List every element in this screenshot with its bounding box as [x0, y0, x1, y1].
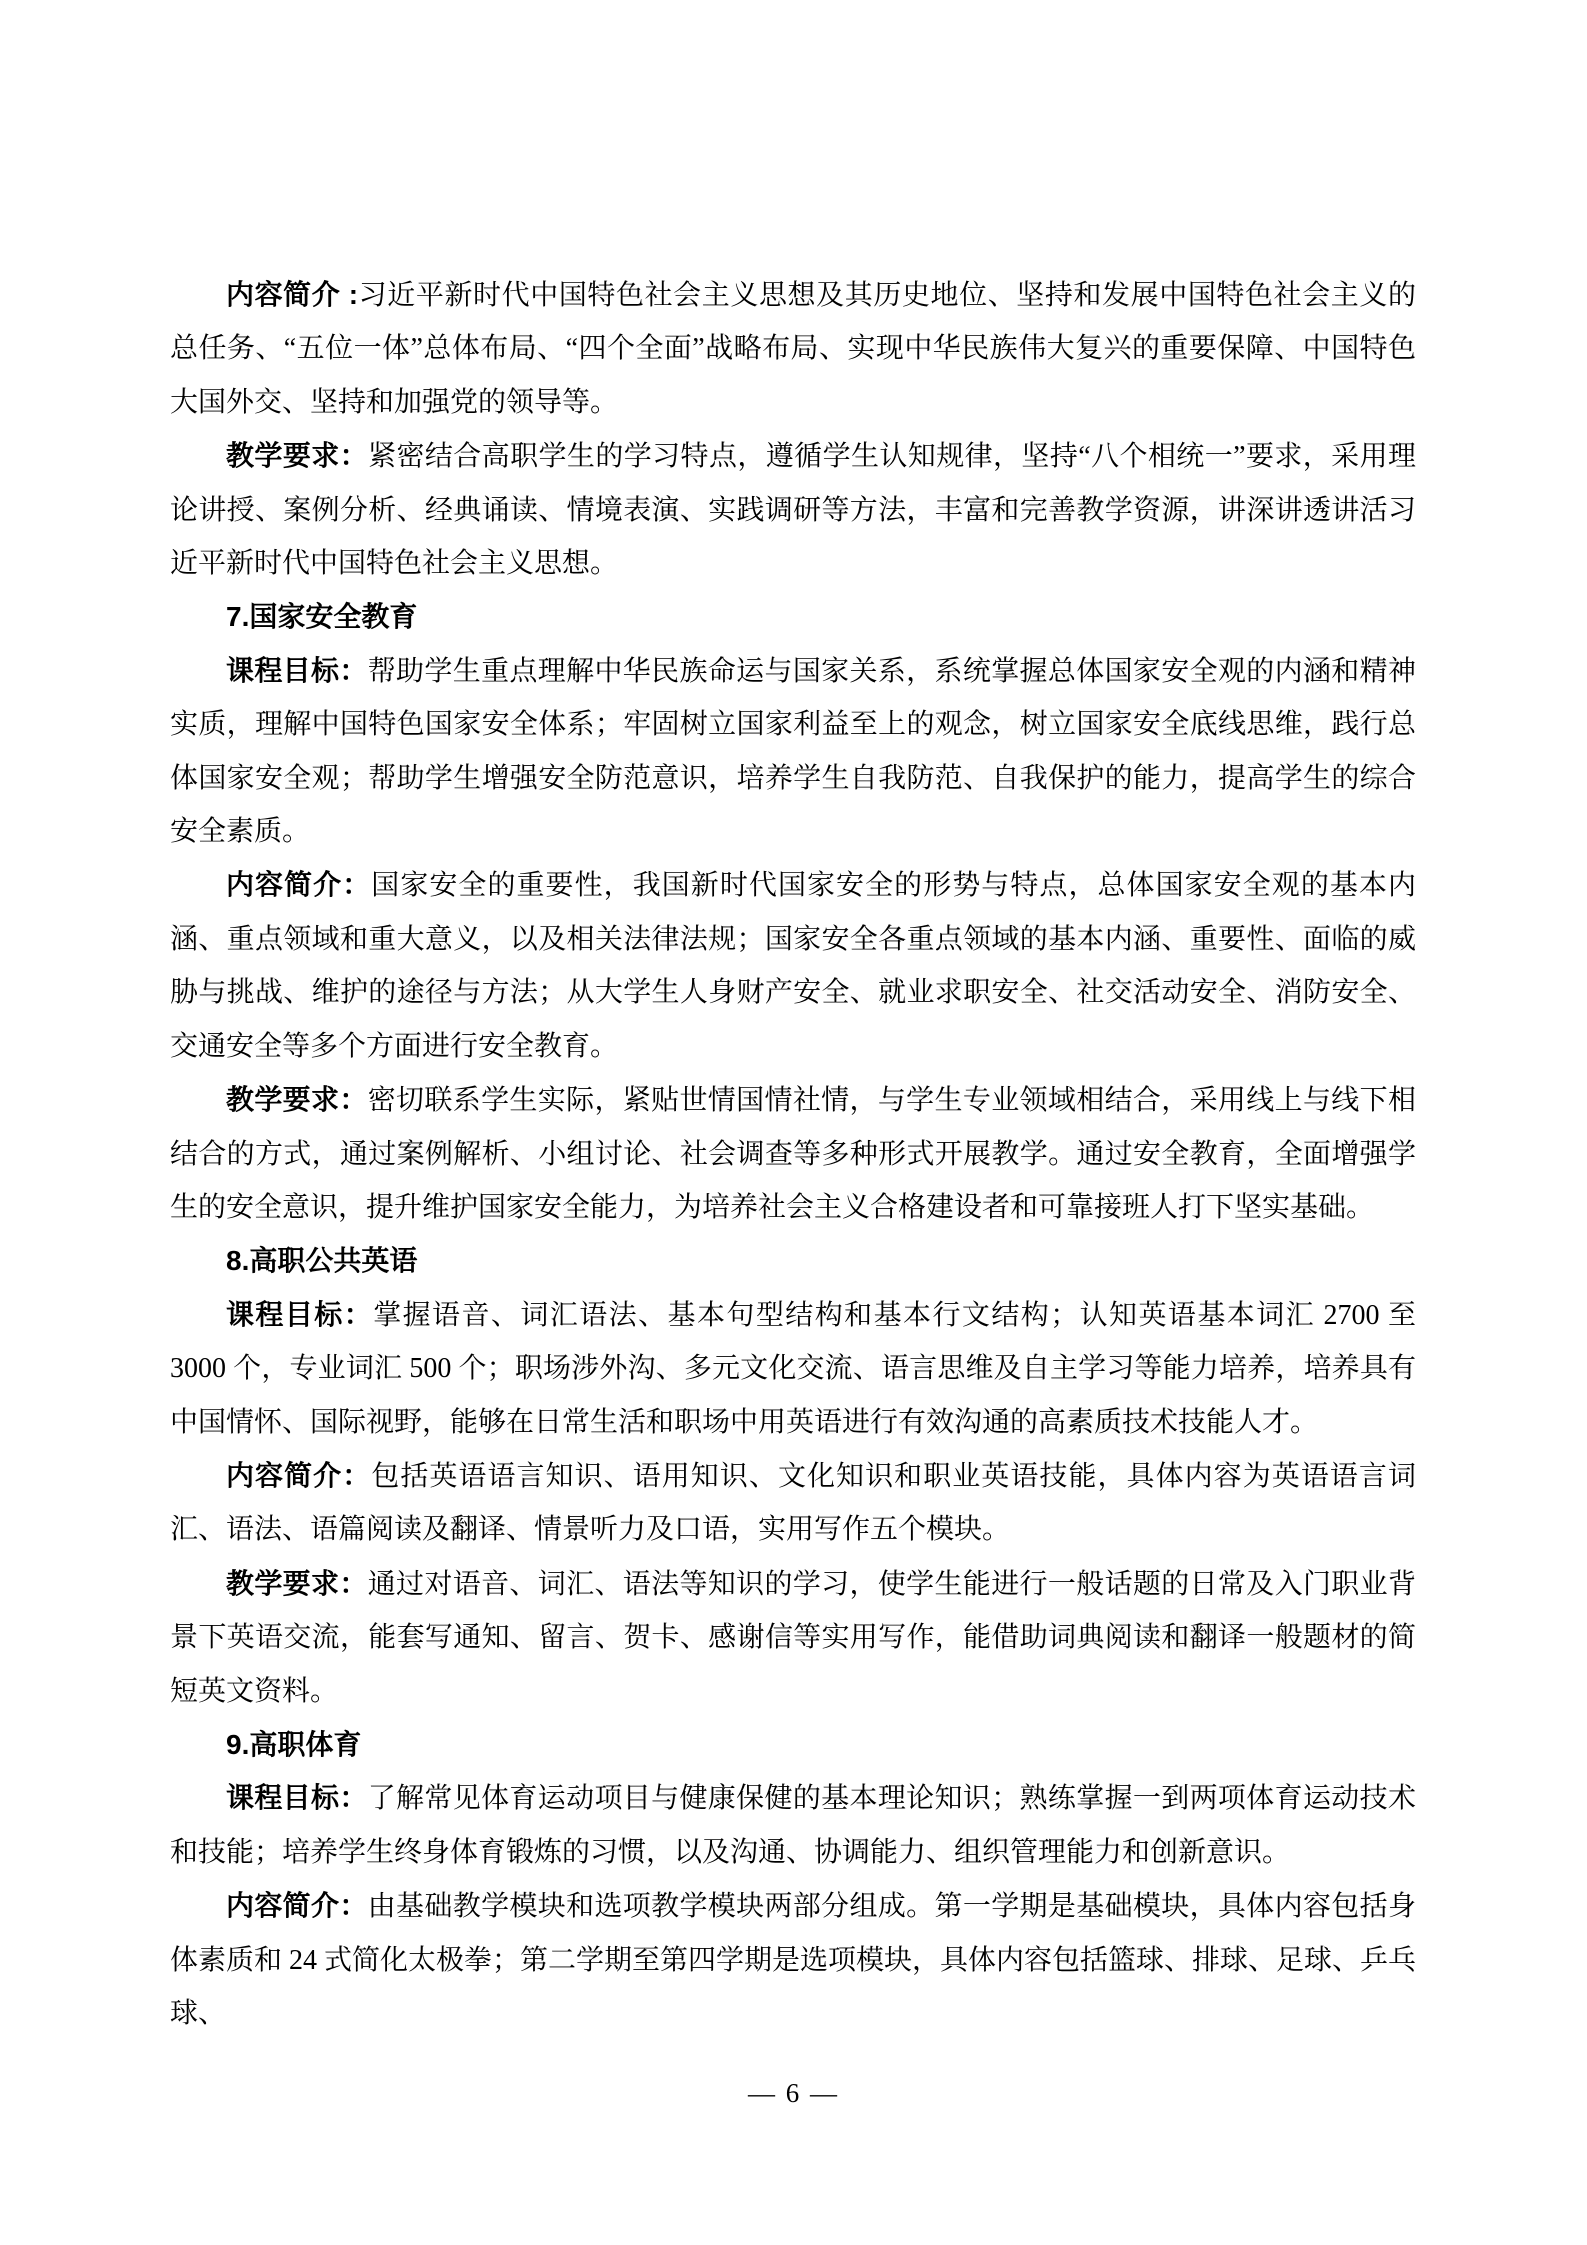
- paragraph-label-text: 内容简介: [226, 279, 340, 310]
- paragraph-label-separator: ：: [344, 1299, 373, 1330]
- course-paragraph: 课程目标：掌握语音、词汇语法、基本句型结构和基本行文结构；认知英语基本词汇 27…: [170, 1288, 1416, 1449]
- paragraph-label-text: 课程目标: [226, 1782, 339, 1813]
- paragraph-label-text: 内容简介: [226, 1460, 342, 1491]
- paragraph-label: 内容简介：: [226, 1890, 368, 1921]
- paragraph-label: 教学要求：: [226, 1568, 368, 1599]
- paragraph-label: 教学要求：: [226, 1084, 368, 1115]
- paragraph-label-separator: ：: [339, 1568, 367, 1599]
- paragraph-label-text: 教学要求: [226, 1568, 339, 1599]
- paragraph-label-text: 内容简介: [226, 1890, 339, 1921]
- course-paragraph: 内容简介：由基础教学模块和选项教学模块两部分组成。第一学期是基础模块，具体内容包…: [170, 1879, 1416, 2040]
- paragraph-label-separator: ：: [339, 1782, 367, 1813]
- page-body: 内容简介 :习近平新时代中国特色社会主义思想及其历史地位、坚持和发展中国特色社会…: [170, 268, 1416, 2040]
- paragraph-label: 课程目标：: [226, 655, 368, 686]
- course-paragraph: 内容简介：包括英语语言知识、语用知识、文化知识和职业英语技能，具体内容为英语语言…: [170, 1449, 1416, 1557]
- course-paragraph: 教学要求：通过对语音、词汇、语法等知识的学习，使学生能进行一般话题的日常及入门职…: [170, 1557, 1416, 1718]
- course-paragraph: 内容简介：国家安全的重要性，我国新时代国家安全的形势与特点，总体国家安全观的基本…: [170, 858, 1416, 1073]
- course-paragraph: 内容简介 :习近平新时代中国特色社会主义思想及其历史地位、坚持和发展中国特色社会…: [170, 268, 1416, 429]
- paragraph-label-separator: ：: [342, 869, 371, 900]
- paragraph-label-text: 课程目标: [226, 655, 339, 686]
- paragraph-label: 内容简介：: [226, 869, 371, 900]
- page-number: — 6 —: [0, 2078, 1587, 2109]
- paragraph-label-separator: ：: [339, 655, 367, 686]
- course-paragraph: 教学要求：密切联系学生实际，紧贴世情国情社情，与学生专业领域相结合，采用线上与线…: [170, 1073, 1416, 1234]
- paragraph-label: 内容简介：: [226, 1460, 371, 1491]
- paragraph-label-separator: ：: [340, 440, 368, 471]
- course-paragraph: 教学要求：紧密结合高职学生的学习特点，遵循学生认知规律，坚持“八个相统一”要求，…: [170, 429, 1416, 590]
- course-paragraph: 课程目标：了解常见体育运动项目与健康保健的基本理论知识；熟练掌握一到两项体育运动…: [170, 1771, 1416, 1879]
- course-heading: 8.高职公共英语: [170, 1234, 1416, 1287]
- paragraph-label-text: 课程目标: [226, 1299, 344, 1330]
- paragraph-label-separator: ：: [339, 1084, 367, 1115]
- paragraph-label-text: 内容简介: [226, 869, 342, 900]
- paragraph-label-separator: :: [340, 279, 358, 310]
- paragraph-label: 课程目标：: [226, 1299, 373, 1330]
- course-heading: 7.国家安全教育: [170, 590, 1416, 643]
- paragraph-label: 课程目标：: [226, 1782, 368, 1813]
- paragraph-label-separator: ：: [342, 1460, 371, 1491]
- paragraph-label: 教学要求：: [226, 440, 368, 471]
- paragraph-label: 内容简介 :: [226, 279, 358, 310]
- paragraph-label-text: 教学要求: [226, 440, 340, 471]
- course-paragraph: 课程目标：帮助学生重点理解中华民族命运与国家关系，系统掌握总体国家安全观的内涵和…: [170, 644, 1416, 859]
- paragraph-label-text: 教学要求: [226, 1084, 339, 1115]
- document-page: 内容简介 :习近平新时代中国特色社会主义思想及其历史地位、坚持和发展中国特色社会…: [0, 0, 1587, 2245]
- course-heading: 9.高职体育: [170, 1718, 1416, 1771]
- paragraph-label-separator: ：: [339, 1890, 367, 1921]
